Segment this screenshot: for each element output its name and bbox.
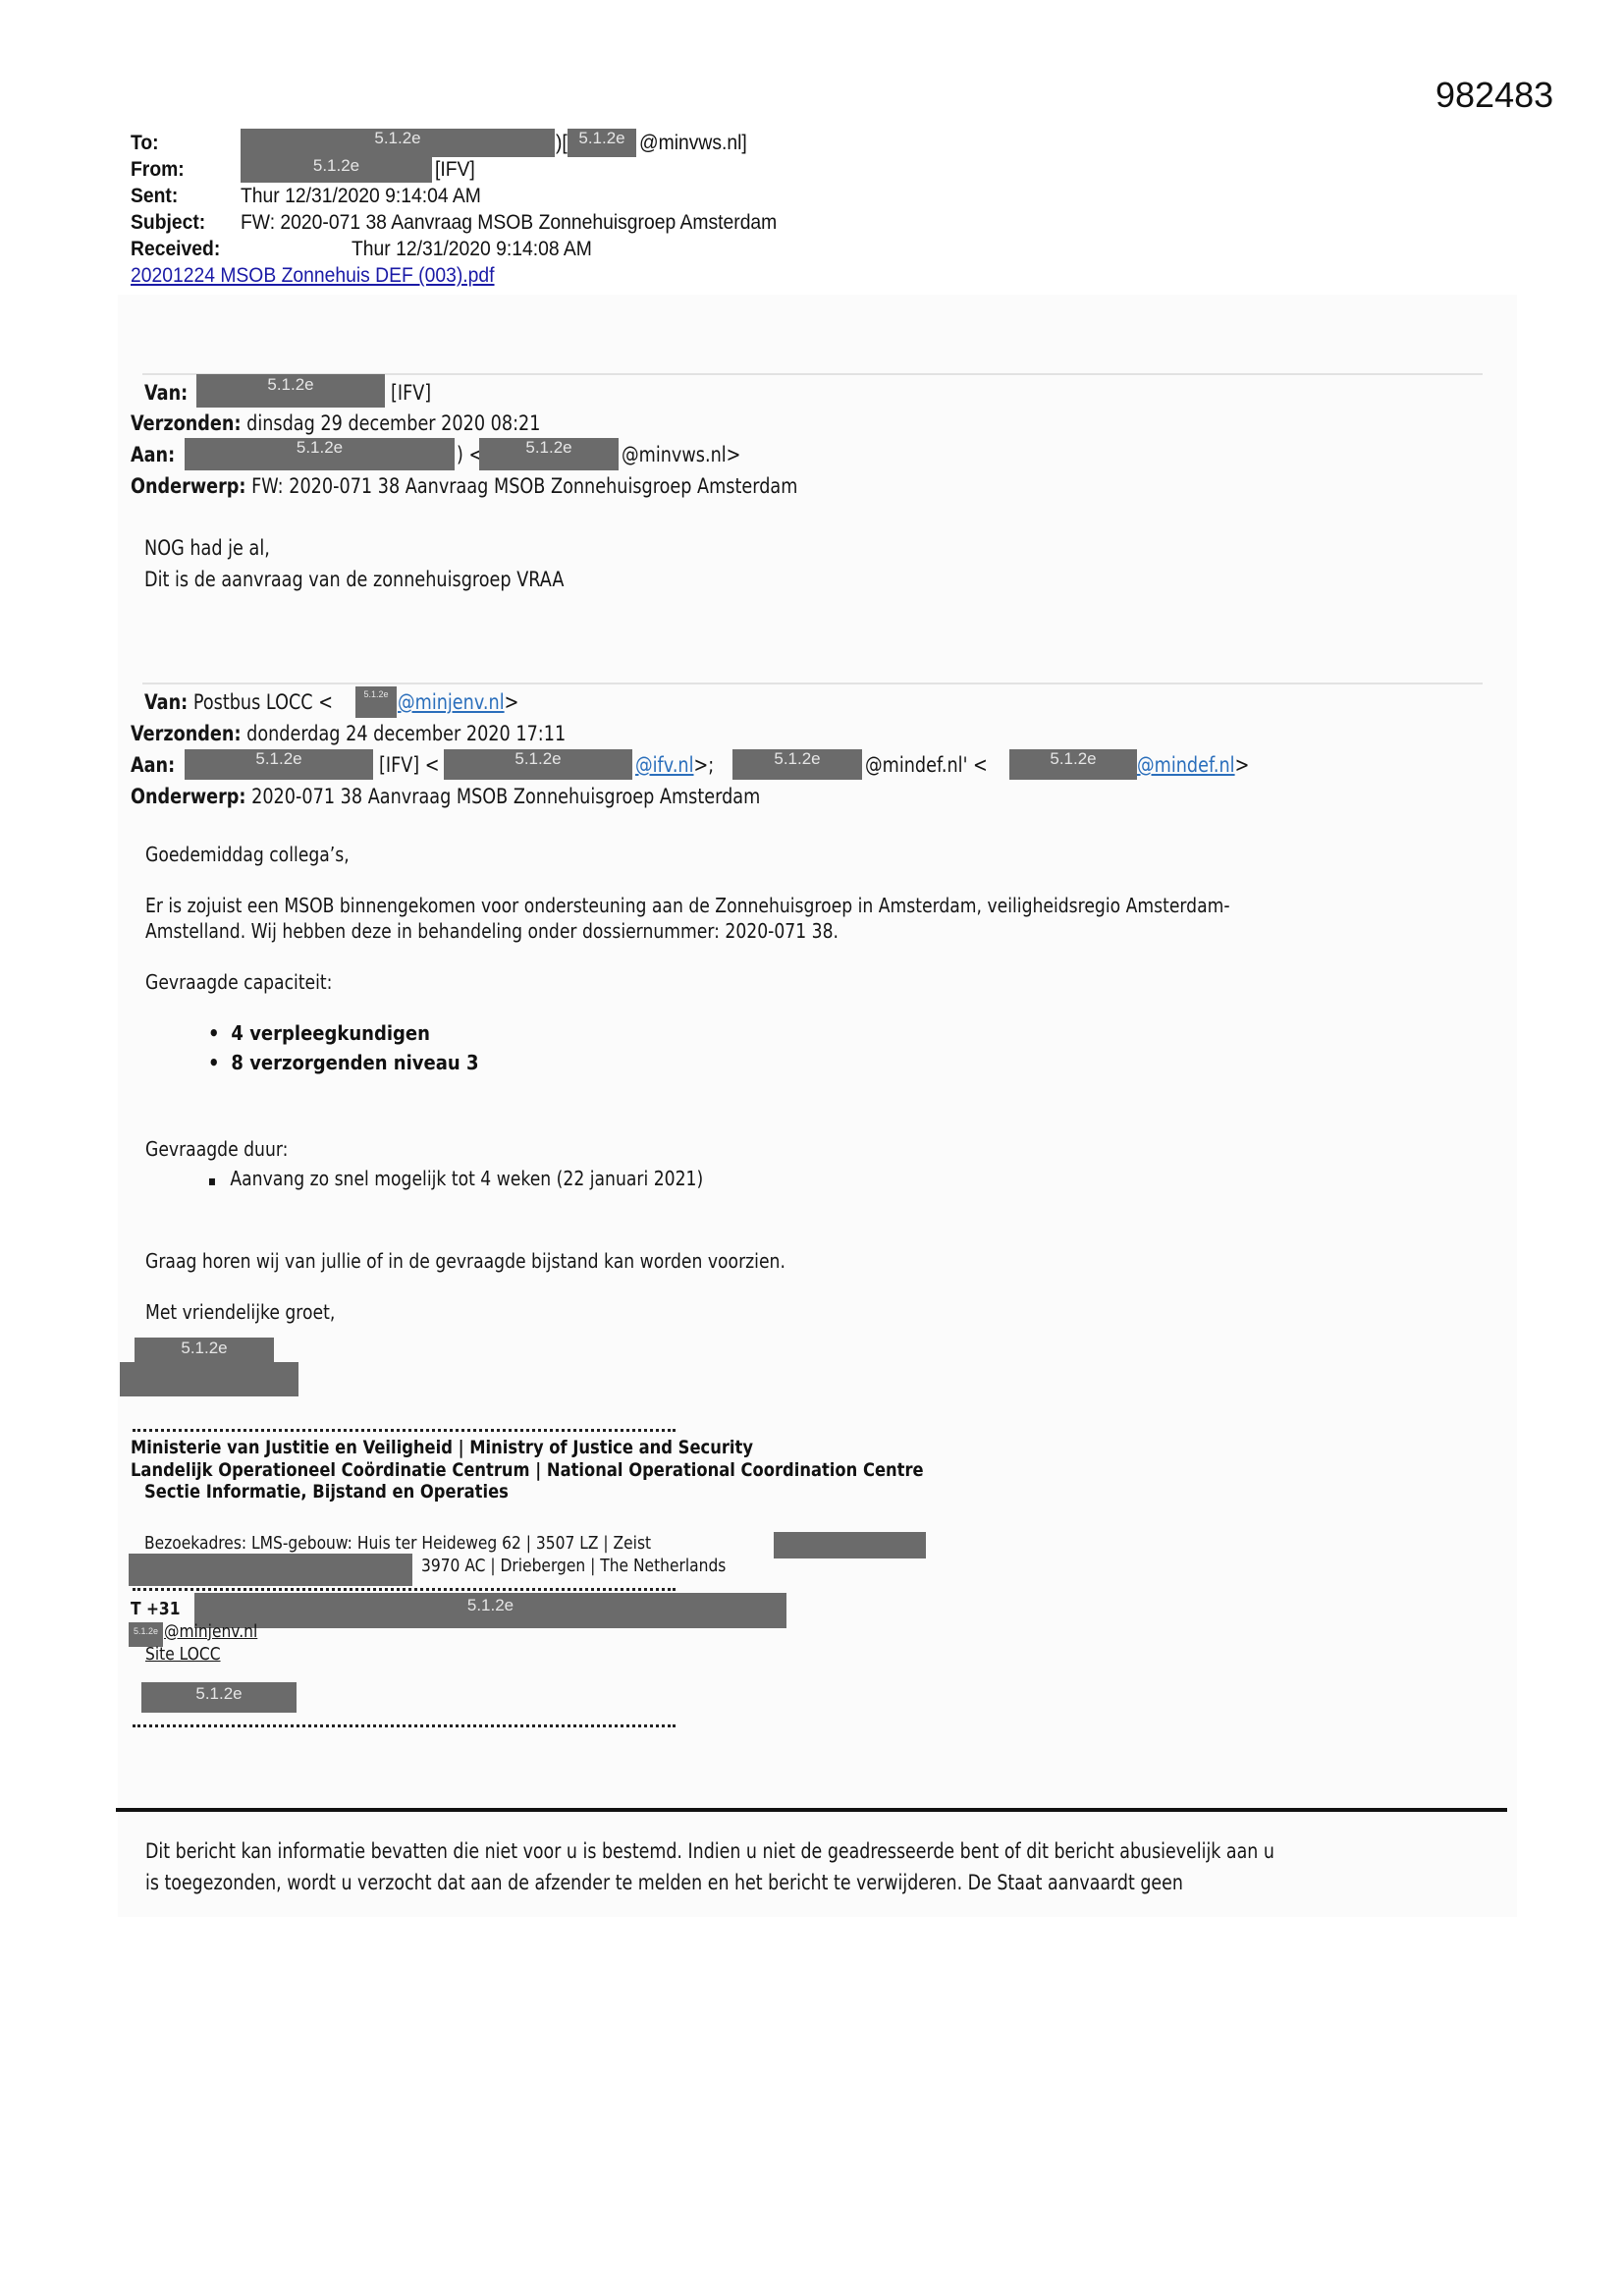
redaction-box [120, 1362, 298, 1396]
centre-name: Landelijk Operationeel Coördinatie Centr… [131, 1459, 924, 1481]
aan-mindef-email: @mindef.nl> [1137, 753, 1249, 777]
ministry-name: Ministerie van Justitie en Veiligheid | … [131, 1437, 753, 1458]
address-line: Bezoekadres: LMS-gebouw: Huis ter Heidew… [144, 1533, 651, 1554]
to-paren: )[ [556, 132, 568, 155]
bullet-icon: ▪ [208, 1174, 230, 1189]
section-name: Sectie Informatie, Bijstand en Operaties [144, 1481, 509, 1503]
redaction-box: 5.1.2e [135, 1338, 274, 1363]
aan-label: Aan: [131, 443, 175, 466]
dotted-divider [133, 1429, 676, 1432]
capacity-heading: Gevraagde capaciteit: [145, 970, 332, 994]
dotted-divider [133, 1588, 676, 1591]
capacity-item: •8 verzorgenden niveau 3 [208, 1051, 478, 1074]
verzonden-row: Verzonden: dinsdag 29 december 2020 08:2… [131, 411, 540, 435]
redaction-box: 5.1.2e [355, 686, 397, 718]
van-email-link[interactable]: @minjenv.nl [398, 690, 505, 714]
from-suffix: [IFV] [435, 158, 475, 182]
dotted-divider [133, 1724, 676, 1727]
redaction-box: 5.1.2e [444, 749, 632, 780]
sent-label: Sent: [131, 185, 178, 208]
site-locc-link[interactable]: Site LOCC [145, 1644, 221, 1665]
redaction-box: 5.1.2e [241, 157, 432, 183]
body-line: Dit is de aanvraag van de zonnehuisgroep… [144, 568, 564, 591]
body-line: NOG had je al, [144, 536, 270, 560]
to-label: To: [131, 132, 159, 155]
sign-off: Met vriendelijke groet, [145, 1300, 335, 1324]
redaction-box: 5.1.2e [732, 749, 862, 780]
redaction-box: 5.1.2e [568, 129, 636, 157]
aan-mindef-quoted: @mindef.nl' < [865, 753, 988, 777]
disclaimer-line: is toegezonden, wordt u verzocht dat aan… [145, 1871, 1183, 1894]
subject-label: Subject: [131, 211, 205, 235]
onderwerp-row: Onderwerp: FW: 2020-071 38 Aanvraag MSOB… [131, 474, 797, 498]
intro-line: Er is zojuist een MSOB binnengekomen voo… [145, 894, 1230, 917]
redaction-box: 5.1.2e [185, 438, 455, 470]
aan-ifv: [IFV] < [379, 753, 440, 777]
from-label: From: [131, 158, 185, 182]
redaction-box [774, 1532, 926, 1558]
to-domain: @minvws.nl] [639, 132, 747, 155]
redaction-box: 5.1.2e [196, 374, 385, 408]
verzonden-row: Verzonden: donderdag 24 december 2020 17… [131, 722, 566, 745]
redaction-box: 5.1.2e [194, 1593, 786, 1628]
van-email: @minjenv.nl> [398, 690, 518, 714]
phone-prefix: T +31 [131, 1599, 180, 1619]
van-suffix: [IFV] [391, 381, 431, 405]
email-body-panel [118, 295, 1517, 1917]
bullet-icon: • [208, 1051, 231, 1074]
subject-value: FW: 2020-071 38 Aanvraag MSOB Zonnehuisg… [241, 211, 777, 235]
redaction-box: 5.1.2e [141, 1682, 297, 1713]
onderwerp-row: Onderwerp: 2020-071 38 Aanvraag MSOB Zon… [131, 785, 760, 808]
closing-request: Graag horen wij van jullie of in de gevr… [145, 1249, 785, 1273]
attachment-link[interactable]: 20201224 MSOB Zonnehuis DEF (003).pdf [131, 264, 495, 288]
aan-domain: @minvws.nl> [622, 443, 740, 466]
van-row: Van: Postbus LOCC < [144, 690, 333, 714]
ifv-email-link[interactable]: @ifv.nl [635, 753, 694, 777]
address-line: 3970 AC | Driebergen | The Netherlands [421, 1556, 726, 1576]
redaction-box: 5.1.2e [479, 438, 619, 470]
mindef-email-link[interactable]: @mindef.nl [1137, 753, 1235, 777]
capacity-item: •4 verpleegkundigen [208, 1021, 430, 1045]
received-label: Received: [131, 238, 220, 261]
header-separator [142, 683, 1483, 684]
van-label: Van: [144, 381, 188, 405]
document-id: 982483 [1435, 75, 1553, 116]
greeting: Goedemiddag collega’s, [145, 843, 350, 866]
duration-heading: Gevraagde duur: [145, 1137, 288, 1161]
received-value: Thur 12/31/2020 9:14:08 AM [352, 238, 592, 261]
duration-item: ▪Aanvang zo snel mogelijk tot 4 weken (2… [208, 1167, 703, 1190]
disclaimer-line: Dit bericht kan informatie bevatten die … [145, 1839, 1274, 1863]
redaction-box: 5.1.2e [241, 129, 555, 157]
redaction-box [129, 1554, 412, 1586]
aan-label: Aan: [131, 753, 175, 777]
sent-value: Thur 12/31/2020 9:14:04 AM [241, 185, 481, 208]
redaction-box: 5.1.2e [185, 749, 373, 780]
disclaimer-divider [116, 1808, 1507, 1812]
signature-email-link[interactable]: @minjenv.nl [164, 1621, 257, 1642]
redaction-box: 5.1.2e [1009, 749, 1137, 780]
bullet-icon: • [208, 1021, 231, 1045]
intro-line: Amstelland. Wij hebben deze in behandeli… [145, 919, 839, 943]
aan-ifv-email: @ifv.nl>; [635, 753, 714, 777]
